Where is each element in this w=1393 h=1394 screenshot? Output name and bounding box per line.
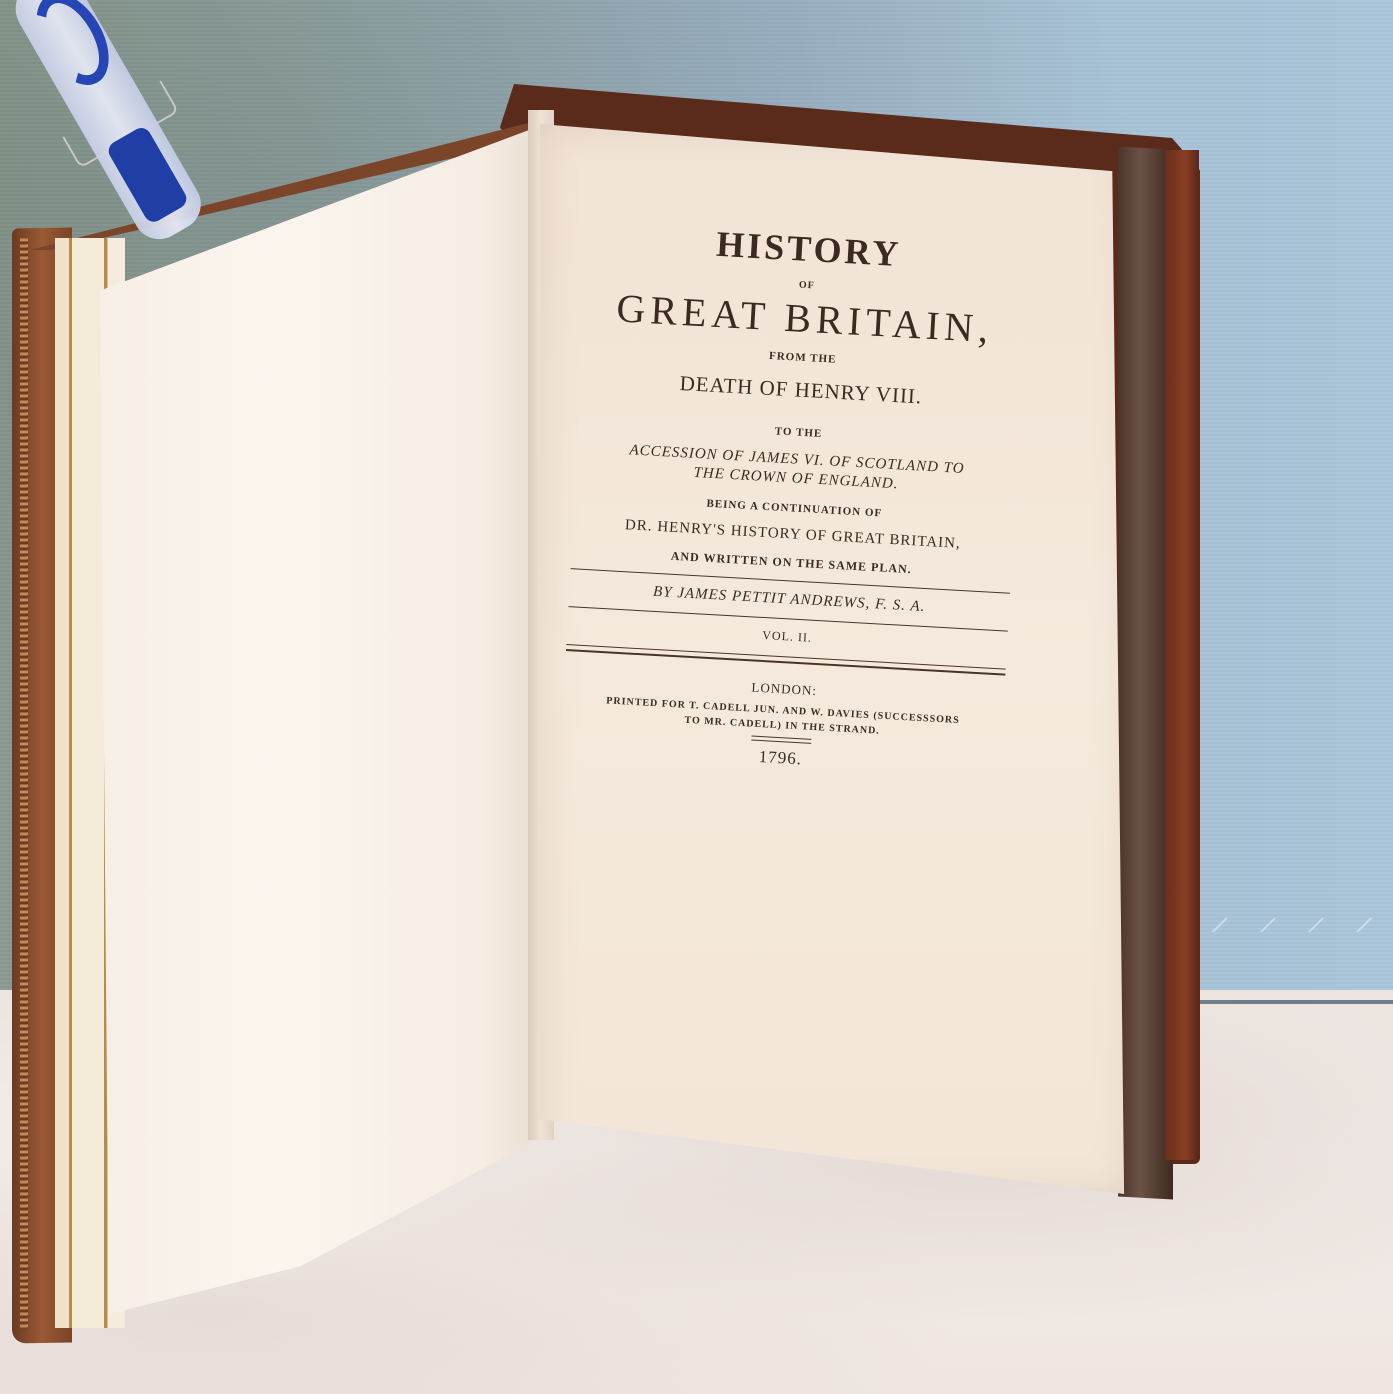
- author-line: BY JAMES PETTIT ANDREWS, F. S. A.: [569, 579, 1009, 621]
- title-page-text: HISTORY OF GREAT BRITAIN, FROM THE DEATH…: [560, 216, 1030, 781]
- short-rule-divider: [751, 736, 811, 744]
- blank-flyleaf-page: [100, 124, 545, 1314]
- book-cover-edge: [1165, 150, 1199, 1160]
- subtitle-death-of-henry: DEATH OF HENRY VIII.: [581, 365, 1022, 415]
- subtitle-accession: ACCESSION OF JAMES VI. OF SCOTLAND TO TH…: [576, 438, 1017, 501]
- fabric-stitching: [1200, 918, 1393, 932]
